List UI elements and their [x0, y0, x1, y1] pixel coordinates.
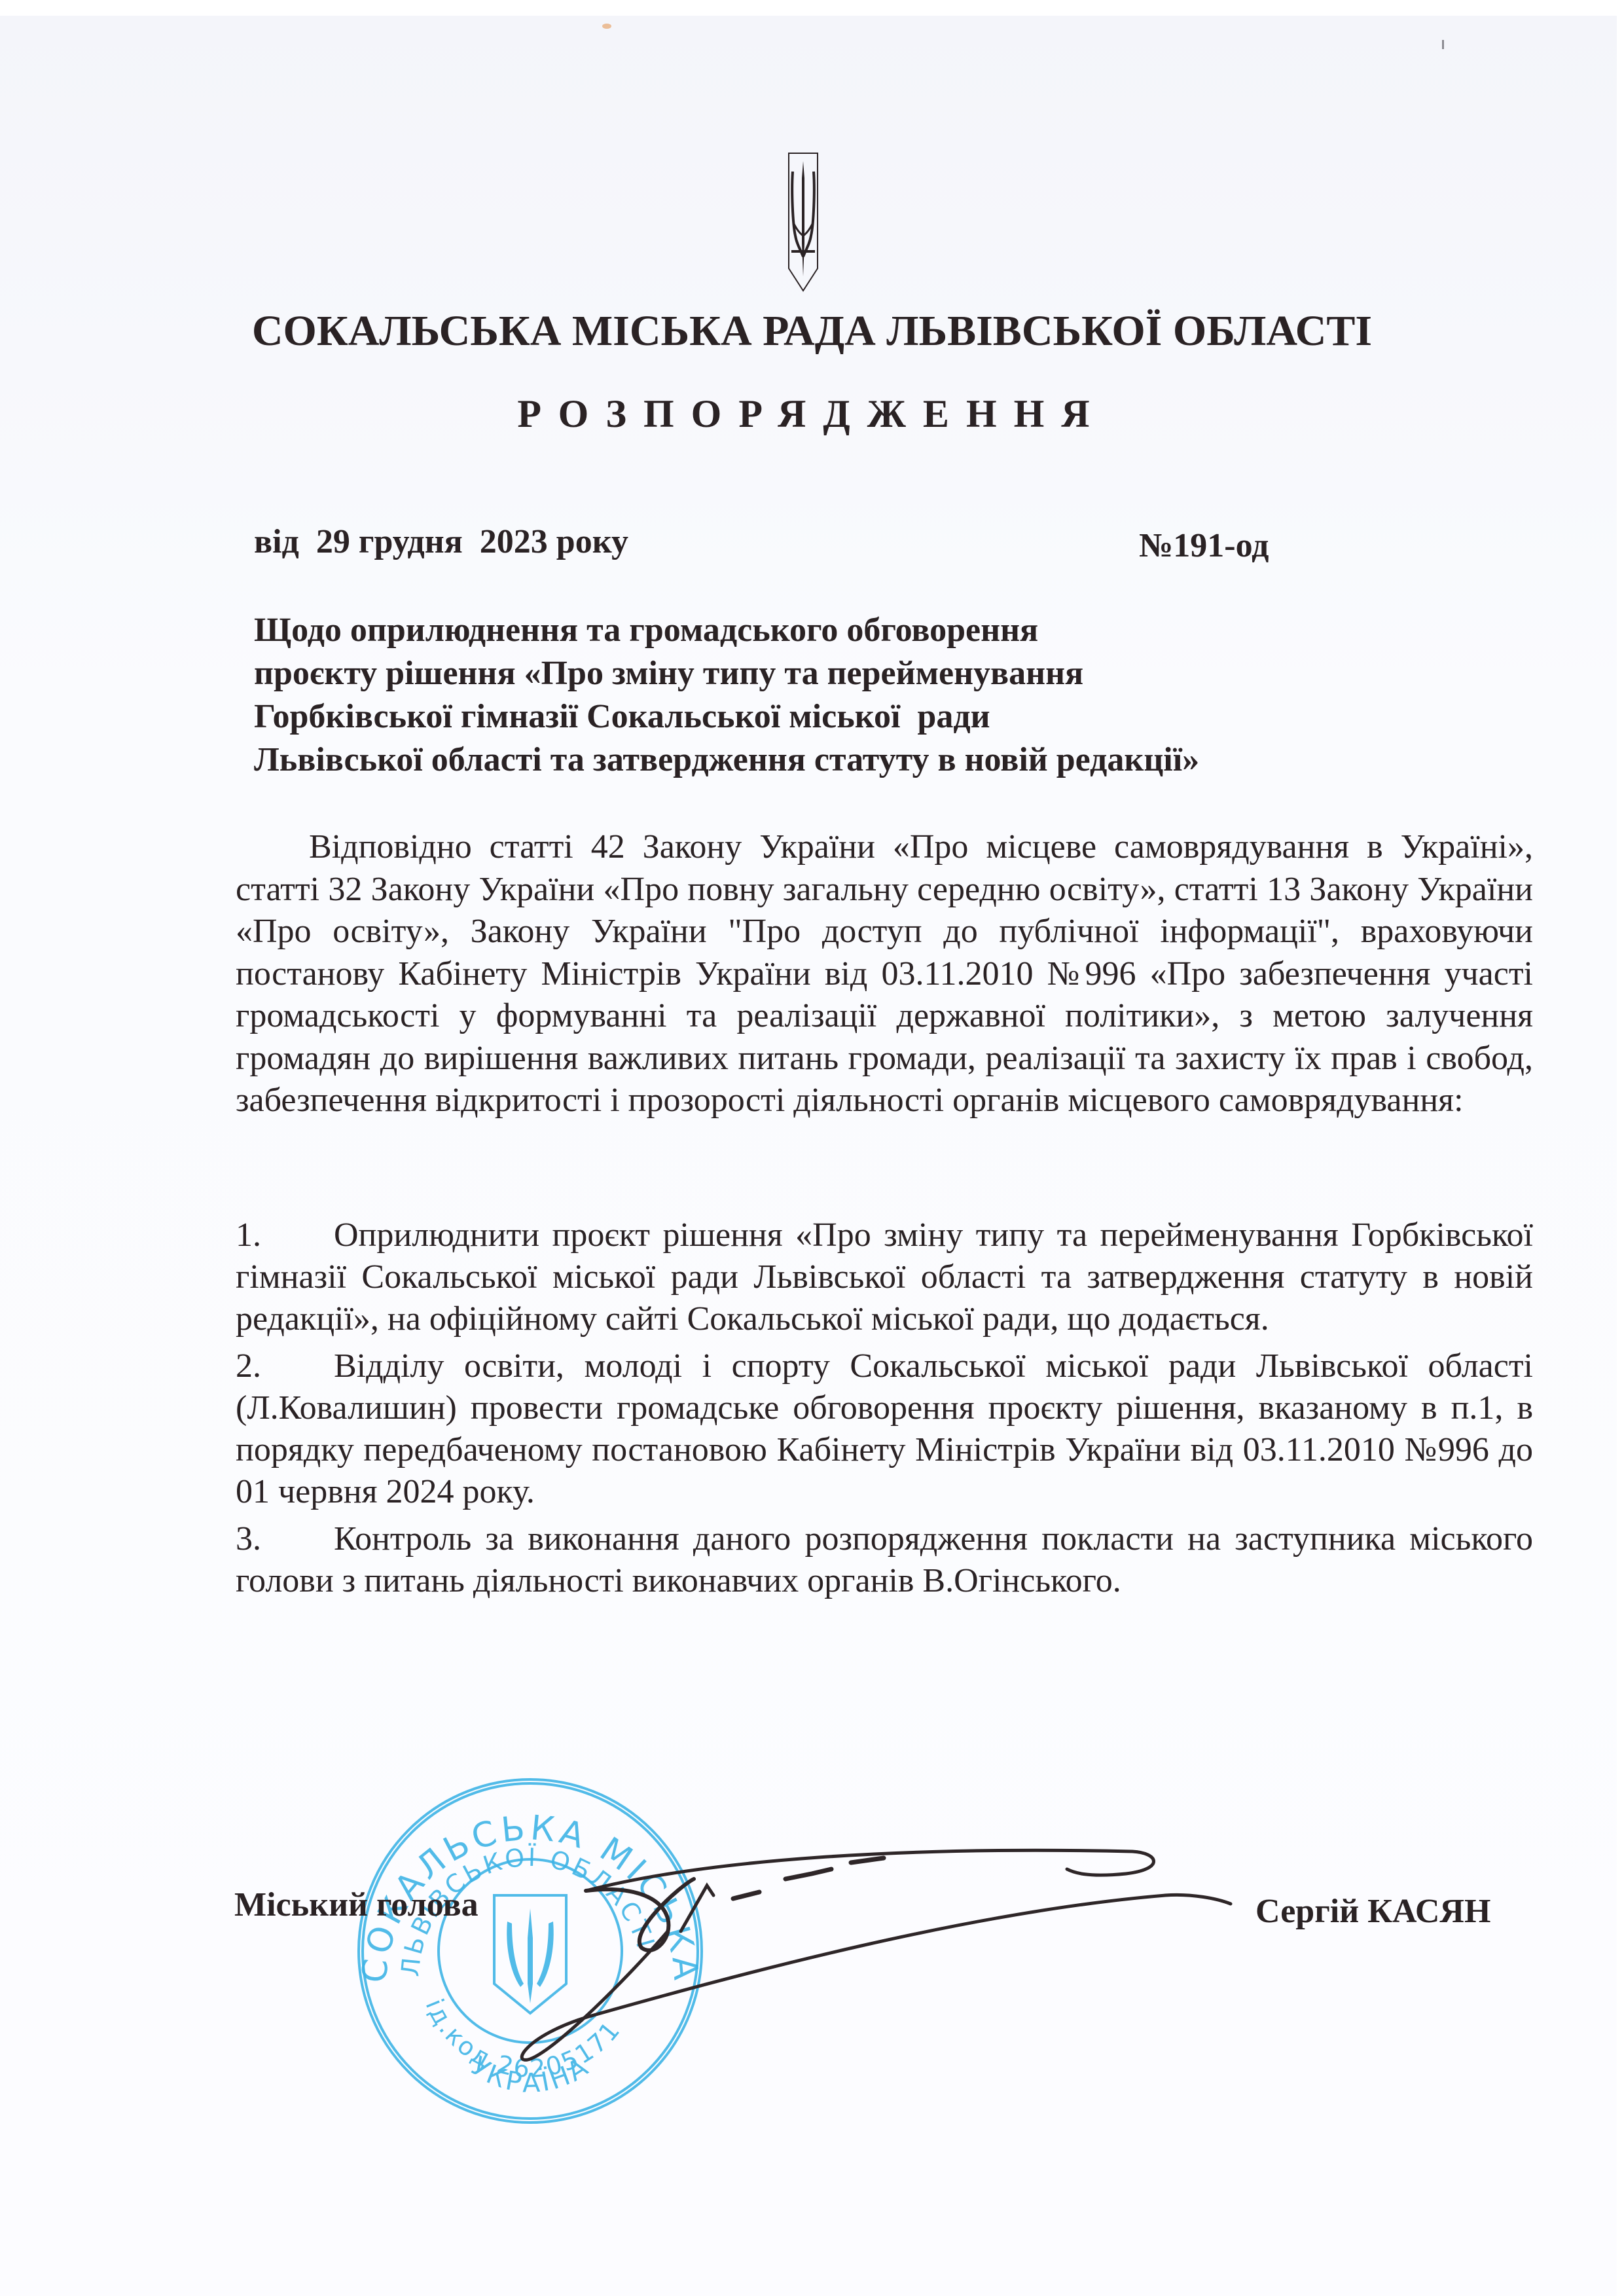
item-number: 3.: [236, 1518, 334, 1560]
preamble-paragraph: Відповідно статті 42 Закону України «Про…: [236, 826, 1533, 1122]
order-items: 1.Оприлюднити проєкт рішення «Про зміну …: [236, 1214, 1533, 1607]
subject-line: Горбківської гімназії Сокальської місько…: [254, 695, 1199, 738]
subject-line: проєкту рішення «Про зміну типу та перей…: [254, 652, 1199, 695]
scan-artifact: [602, 24, 611, 29]
order-item: 2.Відділу освіти, молоді і спорту Сокаль…: [236, 1345, 1533, 1513]
item-text: Оприлюднити проєкт рішення «Про зміну ти…: [236, 1216, 1533, 1338]
item-text: Відділу освіти, молоді і спорту Сокальсь…: [236, 1347, 1533, 1510]
item-number: 1.: [236, 1214, 334, 1256]
document-subject: Щодо оприлюднення та громадського обгово…: [254, 609, 1199, 782]
handwritten-signature: [314, 1833, 1296, 2095]
order-item: 3.Контроль за виконання даного розпорядж…: [236, 1518, 1533, 1602]
document-date: від 29 грудня 2023 року: [254, 522, 628, 561]
subject-line: Щодо оприлюднення та громадського обгово…: [254, 609, 1199, 652]
subject-line: Львівської області та затвердження стату…: [254, 738, 1199, 782]
scan-artifact: [1442, 40, 1444, 49]
council-name: СОКАЛЬСЬКА МІСЬКА РАДА ЛЬВІВСЬКОЇ ОБЛАСТ…: [0, 306, 1624, 356]
coat-of-arms-icon: [787, 152, 819, 292]
document-type: РОЗПОРЯДЖЕННЯ: [0, 392, 1624, 437]
document-number: №191-од: [1139, 526, 1269, 565]
order-item: 1.Оприлюднити проєкт рішення «Про зміну …: [236, 1214, 1533, 1340]
item-number: 2.: [236, 1345, 334, 1387]
item-text: Контроль за виконання даного розпоряджен…: [236, 1520, 1533, 1599]
